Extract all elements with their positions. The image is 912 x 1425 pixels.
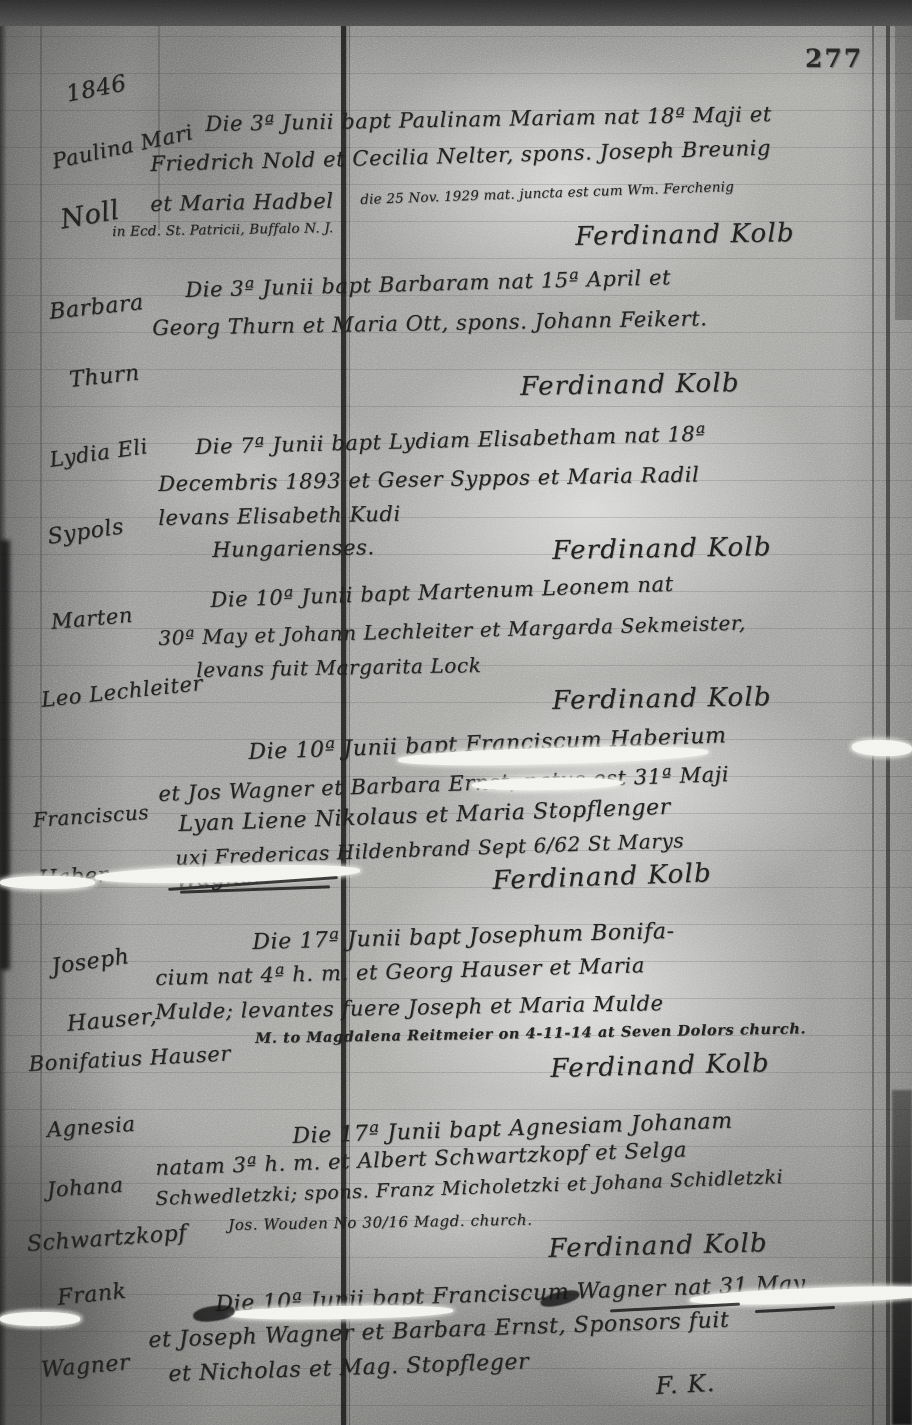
margin-name: Schwartzkopf <box>26 1221 188 1257</box>
right-edge-shadow-bottom <box>892 1090 912 1425</box>
priest-signature: Ferdinand Kolb <box>575 218 795 252</box>
record-line: 30ª May et Johann Lechleiter et Margarda… <box>158 611 746 650</box>
whiteout-mark <box>0 1312 80 1326</box>
margin-name: Bonifatius Hauser <box>28 1041 232 1076</box>
record-line: Die 17ª Junii bapt Josephum Bonifa- <box>252 919 675 955</box>
margin-name: Hauser, <box>66 1004 158 1037</box>
priest-signature: Ferdinand Kolb <box>550 1048 770 1084</box>
register-page-scan: 277 1846 Paulina Mari Noll Die 3ª Junii … <box>0 0 912 1425</box>
right-rule-line <box>872 0 874 1425</box>
top-scan-band <box>0 0 912 26</box>
priest-signature: Ferdinand Kolb <box>492 858 712 896</box>
margin-name: Agnesia <box>46 1112 136 1142</box>
record-line: levans Elisabeth Kudi <box>158 502 401 530</box>
year-label: 1846 <box>64 70 129 107</box>
record-line: cium nat 4ª h. m. et Georg Hauser et Mar… <box>155 953 645 990</box>
margin-name: Frank <box>56 1279 128 1311</box>
record-line: Die 10ª Junii bapt Martenum Leonem nat <box>210 572 674 612</box>
record-line: et Maria Hadbel <box>150 189 334 216</box>
right-edge-shadow-top <box>895 0 912 320</box>
marginal-annotation: M. to Magdalena Reitmeier on 4-11-14 at … <box>255 1020 806 1047</box>
margin-name: Johana <box>46 1173 124 1202</box>
record-line: Die 3ª Junii bapt Barbaram nat 15ª April… <box>185 265 671 302</box>
margin-name: Marten <box>50 603 134 634</box>
margin-name: Sypols <box>46 514 125 549</box>
margin-name: Franciscus <box>32 800 150 832</box>
page-number: 277 <box>805 44 863 73</box>
margin-name: Lydia Eli <box>48 434 149 472</box>
margin-name: Wagner <box>40 1350 131 1383</box>
priest-signature: Ferdinand Kolb <box>520 368 740 402</box>
margin-name: Leo Lechleiter <box>40 671 204 712</box>
binding-edge-shadow <box>0 0 7 1425</box>
whiteout-mark <box>852 739 912 757</box>
strikethrough-mark <box>755 1306 835 1313</box>
marginal-annotation: die 25 Nov. 1929 mat. juncta est cum Wm.… <box>360 179 734 208</box>
record-line: Die 3ª Junii bapt Paulinam Mariam nat 18… <box>205 102 772 136</box>
priest-signature: F. K. <box>655 1369 716 1400</box>
record-line: Die 10ª Junii bapt Franciscum Haberium <box>248 723 727 765</box>
record-line: Friedrich Nold et Cecilia Nelter, spons.… <box>150 136 771 176</box>
margin-name: Haber <box>38 862 109 890</box>
priest-signature: Ferdinand Kolb <box>552 532 772 566</box>
record-line: Mulde; levantes fuere Joseph et Maria Mu… <box>155 991 664 1024</box>
marginal-annotation: in Ecd. St. Patricii, Buffalo N. J. <box>112 220 334 240</box>
margin-name: Joseph <box>50 944 131 980</box>
record-line: levans fuit Margarita Lock <box>196 653 482 682</box>
priest-signature: Ferdinand Kolb <box>552 682 772 716</box>
left-faint-rule-line <box>40 0 42 1425</box>
marginal-annotation: Jos. Wouden No 30/16 Magd. church. <box>228 1211 533 1234</box>
binding-edge-blotch <box>0 540 10 970</box>
right-edge-line <box>886 0 890 1425</box>
record-line: Georg Thurn et Maria Ott, spons. Johann … <box>152 306 708 340</box>
margin-name: Barbara <box>48 290 145 325</box>
margin-name: Thurn <box>68 361 141 393</box>
record-line: Die 7ª Junii bapt Lydiam Elisabetham nat… <box>195 422 706 459</box>
record-line: Decembris 1893 et Geser Syppos et Maria … <box>158 463 700 496</box>
record-line: et Nicholas et Mag. Stopfleger <box>168 1349 530 1387</box>
priest-signature: Ferdinand Kolb <box>548 1228 768 1264</box>
margin-name-struck: Wagner <box>175 863 265 893</box>
record-line: Hungarienses. <box>212 535 375 562</box>
